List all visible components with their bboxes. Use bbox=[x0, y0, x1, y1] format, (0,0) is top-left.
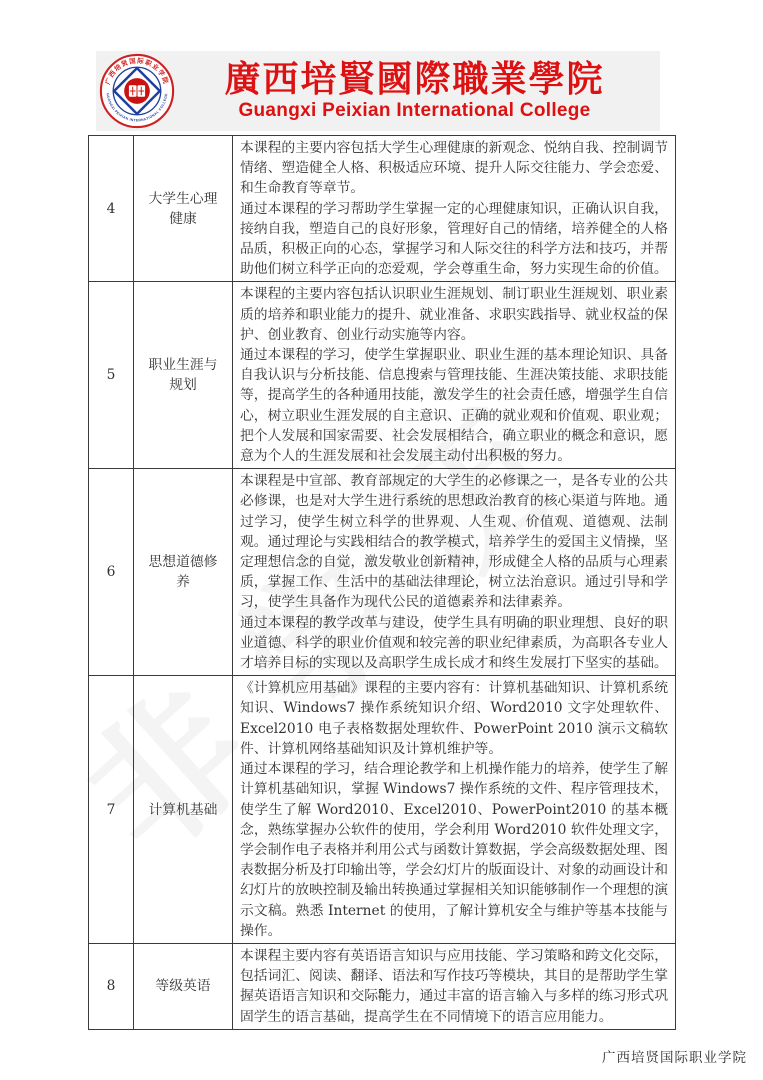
course-number-cell: 6 bbox=[89, 469, 134, 676]
college-logo-icon: 广西培贤国际职业学院 GUANGXI PEIXIAN INTERNATIONAL… bbox=[99, 53, 175, 129]
course-name-cell: 大学生心理健康 bbox=[134, 136, 233, 282]
table-row: 5 职业生涯与规划 本课程的主要内容包括认识职业生涯规划、制订职业生涯规划、职业… bbox=[89, 282, 676, 469]
document-page: 非学历 广西培贤国际职业学院 GUANGXI PEI bbox=[0, 0, 763, 1080]
course-description-paragraph: 通过本课程的学习，结合理论教学和上机操作能力的培养，使学生了解计算机基础知识，掌… bbox=[240, 759, 668, 941]
course-description-paragraph: 《计算机应用基础》课程的主要内容有：计算机基础知识、计算机系统知识、Window… bbox=[240, 678, 668, 759]
course-name-cell: 思想道德修养 bbox=[134, 469, 233, 676]
course-description-paragraph: 本课程的主要内容包括大学生心理健康的新观念、悦纳自我、控制调节情绪、塑造健全人格… bbox=[240, 138, 668, 199]
course-description-cell: 本课程是中宣部、教育部规定的大学生的必修课之一，是各专业的公共必修课，也是对大学… bbox=[233, 469, 676, 676]
course-description-paragraph: 本课程是中宣部、教育部规定的大学生的必修课之一，是各专业的公共必修课，也是对大学… bbox=[240, 471, 668, 612]
table-row: 6 思想道德修养 本课程是中宣部、教育部规定的大学生的必修课之一，是各专业的公共… bbox=[89, 469, 676, 676]
course-description-cell: 本课程的主要内容包括认识职业生涯规划、制订职业生涯规划、职业素质的培养和职业能力… bbox=[233, 282, 676, 469]
table-row: 4 大学生心理健康 本课程的主要内容包括大学生心理健康的新观念、悦纳自我、控制调… bbox=[89, 136, 676, 282]
course-name-cell: 职业生涯与规划 bbox=[134, 282, 233, 469]
college-name-en: Guangxi Peixian International College bbox=[175, 100, 654, 122]
course-name-cell: 计算机基础 bbox=[134, 676, 233, 944]
course-number-cell: 4 bbox=[89, 136, 134, 282]
course-number-cell: 5 bbox=[89, 282, 134, 469]
course-description-cell: 《计算机应用基础》课程的主要内容有：计算机基础知识、计算机系统知识、Window… bbox=[233, 676, 676, 944]
header-titles: 廣西培賢國際職業學院 Guangxi Peixian International… bbox=[175, 60, 660, 121]
course-description-paragraph: 本课程的主要内容包括认识职业生涯规划、制订职业生涯规划、职业素质的培养和职业能力… bbox=[240, 284, 668, 345]
course-description-paragraph: 通过本课程的学习，使学生掌握职业、职业生涯的基本理论知识、具备自我认识与分析技能… bbox=[240, 345, 668, 466]
course-description-table: 4 大学生心理健康 本课程的主要内容包括大学生心理健康的新观念、悦纳自我、控制调… bbox=[88, 135, 676, 1030]
page-header: 广西培贤国际职业学院 GUANGXI PEIXIAN INTERNATIONAL… bbox=[96, 51, 660, 131]
course-description-cell: 本课程的主要内容包括大学生心理健康的新观念、悦纳自我、控制调节情绪、塑造健全人格… bbox=[233, 136, 676, 282]
footer-college-name: 广西培贤国际职业学院 bbox=[602, 1046, 747, 1066]
course-description-paragraph: 通过本课程的学习帮助学生掌握一定的心理健康知识，正确认识自我，接纳自我，塑造自己… bbox=[240, 199, 668, 280]
course-table-body: 4 大学生心理健康 本课程的主要内容包括大学生心理健康的新观念、悦纳自我、控制调… bbox=[89, 136, 676, 1030]
course-description-paragraph: 通过本课程的教学改革与建设，使学生具有明确的职业理想、良好的职业道德、科学的职业… bbox=[240, 613, 668, 674]
college-name-zh: 廣西培賢國際職業學院 bbox=[175, 60, 654, 100]
page-number: 5 bbox=[88, 986, 675, 1001]
table-row: 7 计算机基础 《计算机应用基础》课程的主要内容有：计算机基础知识、计算机系统知… bbox=[89, 676, 676, 944]
course-number-cell: 7 bbox=[89, 676, 134, 944]
